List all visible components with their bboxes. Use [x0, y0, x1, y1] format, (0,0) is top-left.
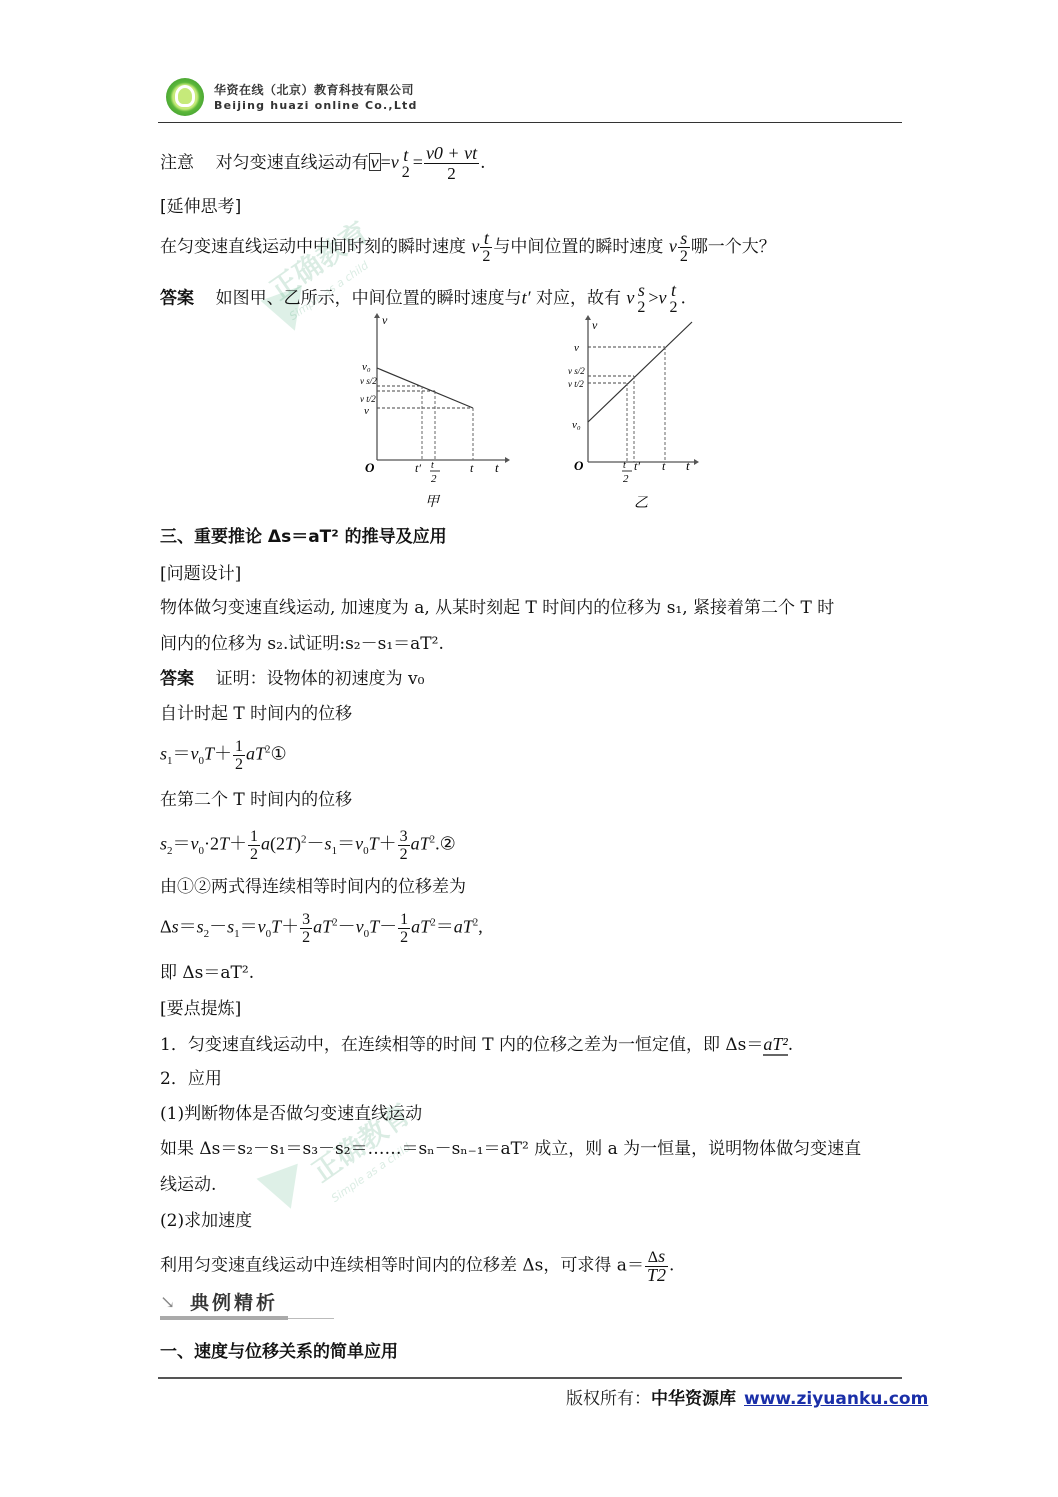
svg-text:v: v [574, 342, 579, 354]
sub1-heading: (1)判断物体是否做匀变速直线运动 [160, 1103, 422, 1125]
keypoints-heading: [要点提炼] [160, 998, 241, 1020]
arrow-icon: ↘ [160, 1292, 175, 1313]
extension-question: 在匀变速直线运动中中间时刻的瞬时速度 vt2与中间位置的瞬时速度 vs2哪一个大… [160, 230, 776, 265]
equation-2: s2＝v0·2T＋12a(2T)2－s1＝v0T＋32aT2.② [160, 828, 456, 863]
company-logo [166, 78, 204, 116]
note-line: 注意 对匀变速直线运动有v=vt2=v0 + vt2. [160, 144, 485, 183]
sub2-line: 利用匀变速直线运动中连续相等时间内的位移差 Δs，可求得 a＝ΔsT2. [160, 1248, 674, 1284]
svg-text:t: t [686, 458, 690, 473]
svg-text:t: t [431, 460, 434, 471]
sub1-line-1: 如果 Δs＝s₂－s₁＝s₃－s₂＝……＝sₙ－sₙ₋₁＝aT² 成立，则 a … [160, 1138, 861, 1160]
svg-text:v: v [592, 318, 598, 332]
examples-heading: 一、速度与位移关系的简单应用 [160, 1341, 398, 1363]
proof-step-3: 由①②两式得连续相等时间内的位移差为 [160, 876, 466, 898]
equation-1: s1＝v0T＋12aT2① [160, 738, 287, 773]
footer-divider [158, 1377, 902, 1379]
t-half-fraction: t2 [400, 147, 412, 181]
chart-jia-caption: 甲 [425, 494, 441, 510]
website-link[interactable]: www.ziyuanku.com [744, 1389, 928, 1409]
keypoint-1: 1．匀变速直线运动中，在连续相等的时间 T 内的位移之差为一恒定值，即 Δs＝a… [160, 1033, 793, 1056]
svg-text:v: v [364, 405, 369, 417]
proof-step-1: 自计时起 T 时间内的位移 [160, 703, 352, 725]
svg-text:v t/2: v t/2 [568, 379, 584, 389]
svg-text:v s/2: v s/2 [568, 366, 585, 376]
proof-step-2: 在第二个 T 时间内的位移 [160, 789, 352, 811]
company-name-en: Beijing huazi online Co.,Ltd [214, 99, 418, 112]
average-velocity-fraction: v0 + vt2 [424, 144, 479, 183]
proof-conclusion: 即 Δs＝aT². [160, 962, 254, 984]
svg-text:O: O [574, 458, 584, 473]
svg-text:t: t [623, 460, 626, 471]
v-bar-symbol: v [369, 153, 381, 171]
chart-yi-caption: 乙 [634, 496, 648, 511]
svg-text:v₀: v₀ [572, 419, 581, 431]
sub2-heading: (2)求加速度 [160, 1210, 252, 1232]
svg-text:t: t [662, 459, 666, 473]
svg-text:2: 2 [623, 473, 629, 485]
watermark-logo-icon [256, 1164, 311, 1217]
section3-heading: 三、重要推论 Δs＝aT² 的推导及应用 [160, 526, 447, 548]
note-text: 对匀变速直线运动有 [216, 153, 369, 173]
svg-text:v₀: v₀ [362, 361, 371, 373]
problem-design-heading: [问题设计] [160, 563, 241, 585]
svg-text:v s/2: v s/2 [360, 376, 377, 386]
copyright-label: 版权所有： [566, 1389, 651, 1409]
svg-text:O: O [365, 460, 375, 475]
copyright-owner: 中华资源库 [651, 1389, 736, 1409]
chart-yi: v v v s/2 v t/2 v₀ O t 2 t′ t t 乙 [562, 310, 712, 515]
extension-heading: [延伸思考] [160, 196, 241, 218]
problem-line-1: 物体做匀变速直线运动, 加速度为 a, 从某时刻起 T 时间内的位移为 s₁, … [160, 597, 834, 619]
equation-3: Δs＝s2－s1＝v0T＋32aT2－v0T－12aT2＝aT2, [160, 911, 483, 946]
note-label: 注意 [160, 153, 194, 173]
svg-text:t: t [495, 460, 499, 475]
sub1-line-2: 线运动. [160, 1174, 216, 1196]
svg-text:t′: t′ [634, 459, 640, 473]
proof-answer: 答案 证明：设物体的初速度为 v₀ [160, 668, 424, 690]
company-name-cn: 华资在线（北京）教育科技有限公司 [214, 81, 414, 98]
chart-jia: v v₀ v s/2 v t/2 v O t′ t 2 t t 甲 [355, 310, 515, 515]
fill-blank: aT² [763, 1034, 787, 1056]
svg-text:t′: t′ [415, 461, 421, 475]
answer-label: 答案 [160, 289, 194, 309]
svg-text:t: t [470, 461, 474, 475]
answer-label: 答案 [160, 669, 194, 689]
examples-banner-title: 典例精析 [190, 1288, 278, 1315]
problem-line-2: 间内的位移为 s₂.试证明:s₂－s₁＝aT². [160, 633, 444, 655]
header-divider [158, 122, 902, 123]
keypoint-2: 2．应用 [160, 1068, 222, 1090]
svg-text:v t/2: v t/2 [360, 394, 376, 404]
svg-text:2: 2 [431, 473, 437, 485]
footer: 版权所有：中华资源库www.ziyuanku.com [566, 1384, 928, 1409]
svg-text:v: v [382, 313, 388, 327]
